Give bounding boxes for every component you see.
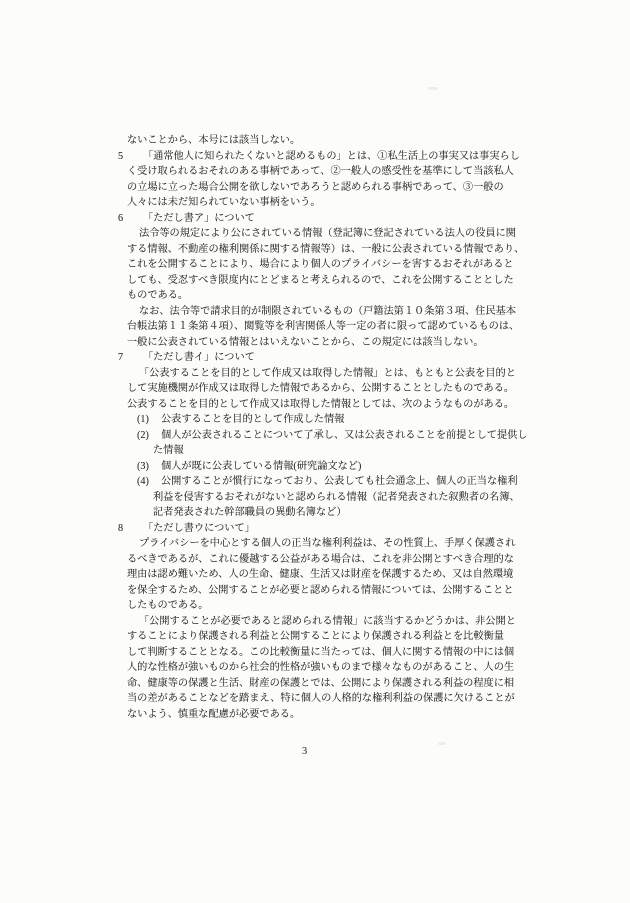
line-text: 当の差があることなどを踏まえ、特に個人の人格的な権利利益の保護に欠けることが — [127, 693, 515, 704]
line-text: 個人が公表されることについて了承し、又は公表されることを前提として提供し — [161, 430, 528, 441]
line-text: 「ただし書ウについて」 — [143, 523, 255, 534]
line-text: を保全するため、公開することが必要と認められる情報については、公開することと — [127, 585, 514, 596]
line-text: 命、健康等の保護と生活、財産の保護とでは、公開により保護される利益の程度に相 — [127, 678, 514, 689]
text-line: する情報、不動産の権利関係に関する情報等）は、一般に公表されている情報であり、 — [0, 242, 630, 258]
text-line: 理由は認め難いため、人の生命、健康、生活又は財産を保護するため、又は自然環境 — [0, 567, 630, 583]
line-text: しても、受忍すべき限度内にとどまると考えられるので、これを公開することとした — [127, 275, 514, 286]
line-text: 公表することを目的として作成又は取得した情報としては、次のようなものがある。 — [127, 399, 514, 410]
text-line: ないことから、本号には該当しない。 — [0, 133, 630, 149]
text-line: 法令等の規定により公にされている情報（登記簿に登記されている法人の役員に関 — [0, 226, 630, 242]
text-line: して判断することとなる。この比較衡量に当たっては、個人に関する情報の中には個 — [0, 645, 630, 661]
text-line: プライバシーを中心とする個人の正当な権利利益は、その性質上、手厚く保護され — [0, 536, 630, 552]
text-line: 台帳法第１１条第４項）、閲覧等を利害関係人等一定の者に限って認めているものは、 — [0, 319, 630, 335]
text-line: 「公開することが必要であると認められる情報」に該当するかどうかは、非公開と — [0, 614, 630, 630]
text-line: ないよう、慎重な配慮が必要である。 — [0, 707, 630, 723]
line-text: 人的な性格が強いものから社会的性格が強いものまで様々なものがあること、人の生 — [127, 662, 514, 673]
line-text: して実施機関が作成又は取得した情報であるから、公開することとしたものである。 — [127, 383, 514, 394]
text-line: 公表することを目的として作成又は取得した情報としては、次のようなものがある。 — [0, 397, 630, 413]
text-line: 7「ただし書イ」について — [0, 350, 630, 366]
text-line: 6「ただし書ア」について — [0, 211, 630, 227]
text-line: 8「ただし書ウについて」 — [0, 521, 630, 537]
page-number: 3 — [302, 746, 307, 757]
text-line: 記者発表された幹部職員の異動名簿など） — [0, 505, 630, 521]
text-line: 人的な性格が強いものから社会的性格が強いものまで様々なものがあること、人の生 — [0, 660, 630, 676]
text-line: (4)公開することが慣行になっており、公表しても社会通念上、個人の正当な権利 — [0, 474, 630, 490]
line-text: したものである。 — [127, 600, 209, 611]
item-marker: (4) — [137, 474, 161, 490]
line-text: 個人が既に公表している情報(研究論文など) — [161, 461, 361, 472]
text-line: して実施機関が作成又は取得した情報であるから、公開することとしたものである。 — [0, 381, 630, 397]
line-text: する情報、不動産の権利関係に関する情報等）は、一般に公表されている情報であり、 — [127, 244, 524, 255]
scanned-document-page: ないことから、本号には該当しない。5「通常他人に知られたくないと認めるもの」とは… — [0, 0, 630, 903]
line-text: るべきであるが、これに優越する公益がある場合は、これを非公開とすべき合理的な — [127, 554, 514, 565]
text-block: ないことから、本号には該当しない。5「通常他人に知られたくないと認めるもの」とは… — [0, 133, 630, 722]
line-text: 公開することが慣行になっており、公表しても社会通念上、個人の正当な権利 — [161, 476, 518, 487]
section-number: 6 — [118, 211, 143, 227]
line-text: することにより保護される利益と公開することにより保護される利益とを比較衡量 — [127, 631, 504, 642]
line-text: 利益を侵害するおそれがないと認められる情報（記者発表された叙勲者の名簿、 — [153, 492, 520, 503]
section-number: 5 — [118, 149, 143, 165]
section-number: 7 — [118, 350, 143, 366]
line-text: 一般に公表されている情報とはいえないことから、この規定には該当しない。 — [127, 337, 484, 348]
text-line: これを公開することにより、場合により個人のプライバシーを害するおそれがあると — [0, 257, 630, 273]
text-line: することにより保護される利益と公開することにより保護される利益とを比較衡量 — [0, 629, 630, 645]
line-text: 人々には未だ知られていない事柄をいう。 — [127, 197, 321, 208]
scan-artifact — [428, 87, 438, 90]
line-text: して判断することとなる。この比較衡量に当たっては、個人に関する情報の中には個 — [127, 647, 514, 658]
line-text: た情報 — [153, 445, 184, 456]
line-text: 法令等の規定により公にされている情報（登記簿に登記されている法人の役員に関 — [139, 228, 516, 239]
line-text: これを公開することにより、場合により個人のプライバシーを害するおそれがあると — [127, 259, 514, 270]
line-text: ないよう、慎重な配慮が必要である。 — [127, 709, 300, 720]
text-line: た情報 — [0, 443, 630, 459]
line-text: 理由は認め難いため、人の生命、健康、生活又は財産を保護するため、又は自然環境 — [127, 569, 513, 580]
text-line: 利益を侵害するおそれがないと認められる情報（記者発表された叙勲者の名簿、 — [0, 490, 630, 506]
item-marker: (2) — [137, 428, 161, 444]
text-line: るべきであるが、これに優越する公益がある場合は、これを非公開とすべき合理的な — [0, 552, 630, 568]
line-text: 記者発表された幹部職員の異動名簿など） — [153, 507, 347, 518]
text-line: なお、法令等で請求目的が制限されているもの（戸籍法第１０条第３項、住民基本 — [0, 304, 630, 320]
line-text: 台帳法第１１条第４項）、閲覧等を利害関係人等一定の者に限って認めているものは、 — [127, 321, 519, 332]
line-text: 「公開することが必要であると認められる情報」に該当するかどうかは、非公開と — [139, 616, 516, 627]
line-text: 「通常他人に知られたくないと認めるもの」とは、①私生活上の事実又は事実らし — [143, 151, 520, 162]
text-line: 命、健康等の保護と生活、財産の保護とでは、公開により保護される利益の程度に相 — [0, 676, 630, 692]
text-line: の立場に立った場合公開を欲しないであろうと認められる事柄であって、③一般の — [0, 180, 630, 196]
scan-artifact — [438, 742, 446, 745]
text-line: 5「通常他人に知られたくないと認めるもの」とは、①私生活上の事実又は事実らし — [0, 149, 630, 165]
text-line: (2)個人が公表されることについて了承し、又は公表されることを前提として提供し — [0, 428, 630, 444]
text-line: く受け取られるおそれのある事柄であって、②一般人の感受性を基準にして当該私人 — [0, 164, 630, 180]
item-marker: (1) — [137, 412, 161, 428]
text-line: したものである。 — [0, 598, 630, 614]
text-line: 「公表することを目的として作成又は取得した情報」とは、もともと公表を目的と — [0, 366, 630, 382]
line-text: ものである。 — [127, 290, 188, 301]
line-text: プライバシーを中心とする個人の正当な権利利益は、その性質上、手厚く保護され — [139, 538, 515, 549]
line-text: ないことから、本号には該当しない。 — [127, 135, 300, 146]
text-line: を保全するため、公開することが必要と認められる情報については、公開することと — [0, 583, 630, 599]
item-marker: (3) — [137, 459, 161, 475]
line-text: 「ただし書ア」について — [143, 213, 255, 224]
line-text: の立場に立った場合公開を欲しないであろうと認められる事柄であって、③一般の — [127, 182, 504, 193]
section-number: 8 — [118, 521, 143, 537]
text-line: 人々には未だ知られていない事柄をいう。 — [0, 195, 630, 211]
text-line: ものである。 — [0, 288, 630, 304]
line-text: 「ただし書イ」について — [143, 352, 255, 363]
line-text: く受け取られるおそれのある事柄であって、②一般人の感受性を基準にして当該私人 — [127, 166, 514, 177]
text-line: (1)公表することを目的として作成した情報 — [0, 412, 630, 428]
line-text: 公表することを目的として作成した情報 — [161, 414, 344, 425]
line-text: なお、法令等で請求目的が制限されているもの（戸籍法第１０条第３項、住民基本 — [139, 306, 516, 317]
line-text: 「公表することを目的として作成又は取得した情報」とは、もともと公表を目的と — [139, 368, 516, 379]
text-line: 当の差があることなどを踏まえ、特に個人の人格的な権利利益の保護に欠けることが — [0, 691, 630, 707]
text-line: しても、受忍すべき限度内にとどまると考えられるので、これを公開することとした — [0, 273, 630, 289]
text-line: (3)個人が既に公表している情報(研究論文など) — [0, 459, 630, 475]
text-line: 一般に公表されている情報とはいえないことから、この規定には該当しない。 — [0, 335, 630, 351]
